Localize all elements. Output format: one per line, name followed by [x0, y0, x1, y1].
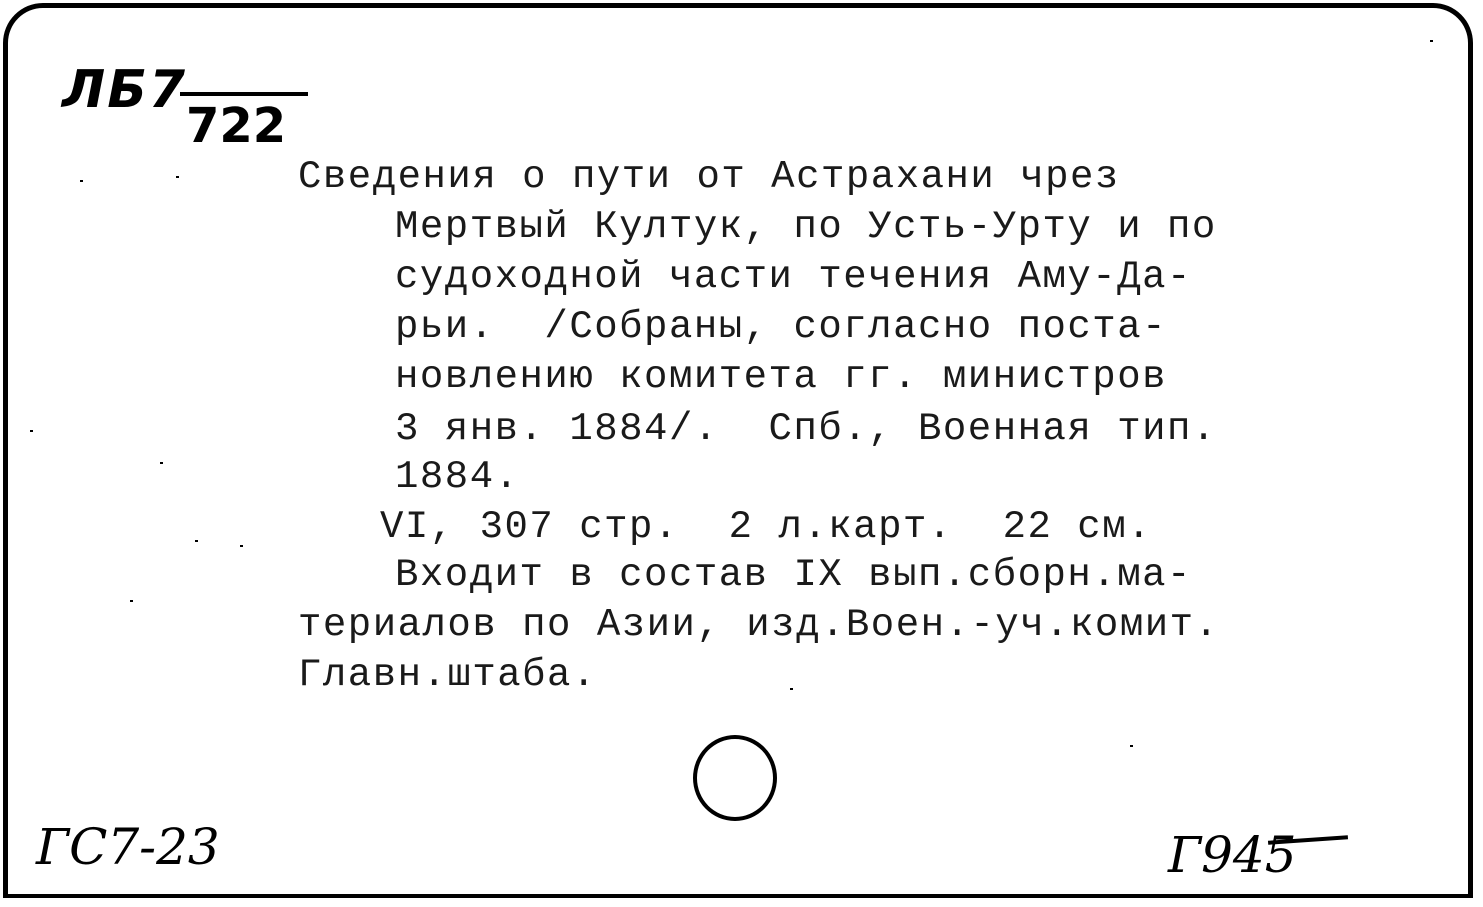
speck — [160, 462, 163, 464]
entry-line-6: 3 янв. 1884/. Спб., Военная тип. — [395, 404, 1217, 454]
entry-line-9: Входит в состав IX вып.сборн.ма- — [395, 550, 1192, 600]
shelfmark-number: 722 — [186, 102, 286, 150]
speck — [195, 540, 198, 542]
punch-hole — [693, 735, 777, 821]
entry-line-11: Главн.штаба. — [298, 650, 597, 700]
entry-line-4: рьи. /Собраны, согласно поста- — [395, 302, 1167, 352]
speck — [790, 688, 793, 690]
bottom-right-note: Г945 — [1168, 830, 1297, 880]
entry-line-7: 1884. — [395, 452, 520, 502]
bottom-left-note: ГС7-23 — [36, 822, 220, 872]
shelfmark-prefix: ЛБ7 — [62, 64, 187, 116]
speck — [240, 545, 243, 547]
speck — [176, 176, 179, 178]
entry-line-3: судоходной части течения Аму-Да- — [395, 252, 1192, 302]
entry-line-2: Мертвый Култук, по Усть-Урту и по — [395, 202, 1217, 252]
entry-line-1: Сведения о пути от Астрахани чрез — [298, 152, 1120, 202]
speck — [30, 430, 33, 432]
speck — [1130, 745, 1133, 747]
speck — [1430, 40, 1433, 42]
entry-line-8: VI, 307 стр. 2 л.карт. 22 см. — [380, 502, 1152, 552]
speck — [80, 180, 83, 182]
shelfmark-divider — [180, 92, 308, 96]
entry-line-10: териалов по Азии, изд.Воен.-уч.комит. — [298, 600, 1219, 650]
entry-line-5: новлению комитета гг. министров — [395, 352, 1167, 402]
speck — [130, 600, 133, 602]
